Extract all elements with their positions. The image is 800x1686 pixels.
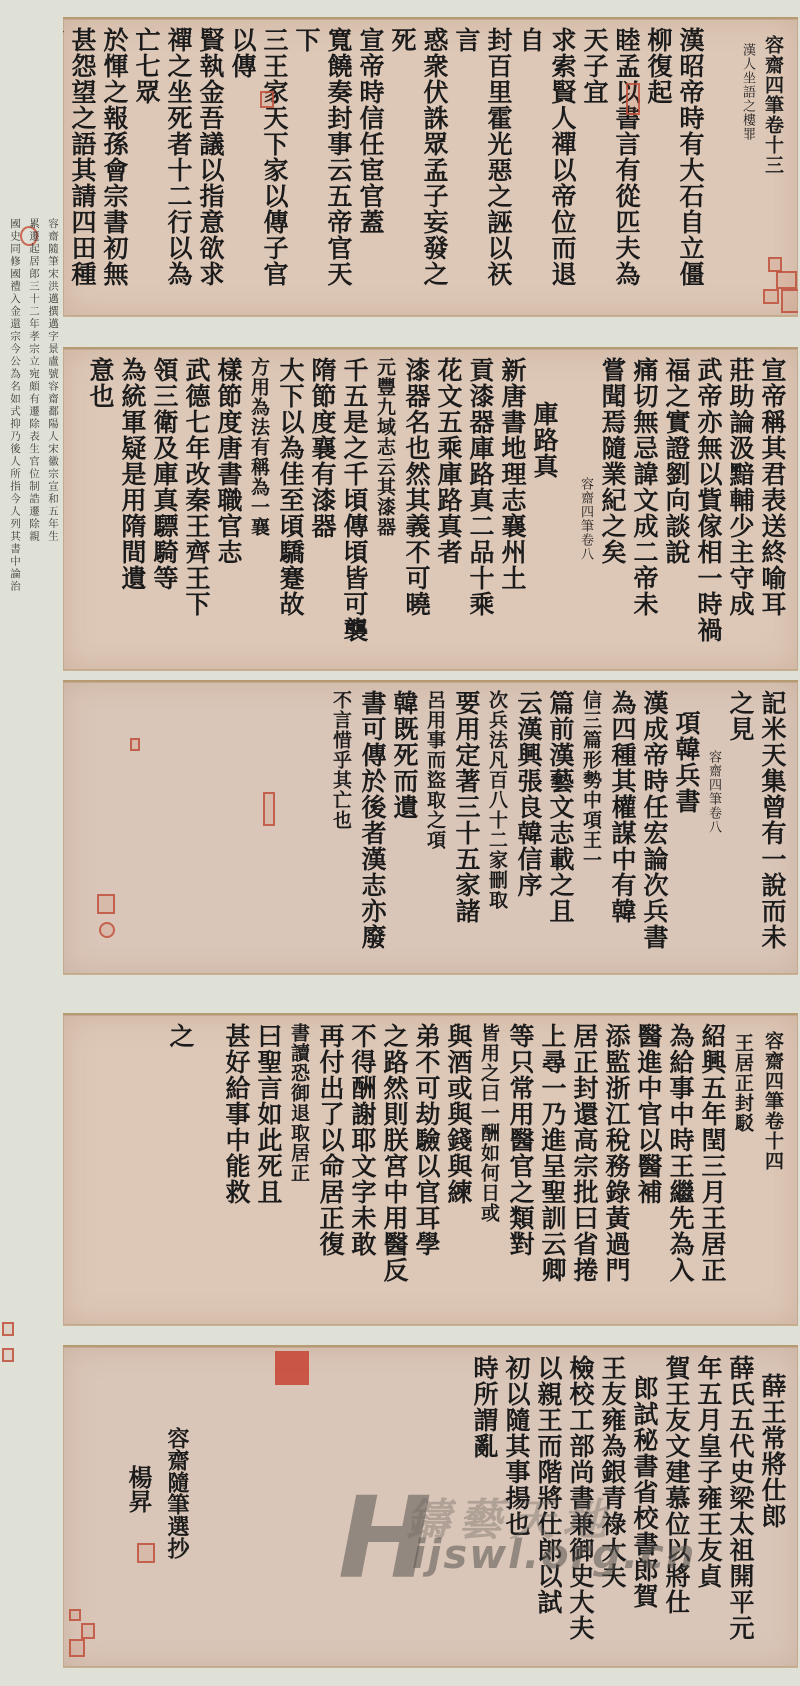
text-column: 漢昭帝時有大石自立僵柳復起 (642, 27, 706, 310)
seal-artist (137, 1543, 155, 1563)
signature-name: 楊昇 (123, 1465, 153, 1513)
text-column: 郎試秘書省校書郎賀 (628, 1375, 660, 1661)
text-column: 武帝亦無以貲傢相一時禍 (692, 357, 724, 664)
text-column: 添監浙江稅務錄黃過門 (600, 1023, 632, 1319)
text-column: 弟不可劫驗以官耳學 (410, 1023, 442, 1319)
chapter-heading: 容齋四筆卷十四 (758, 1031, 788, 1319)
text-column: 武德七年改秦王齊王下 (180, 357, 212, 664)
text-column: 次兵法凡百八十二家刪取 (482, 690, 512, 968)
text-column: 意也 (84, 357, 116, 664)
text-column: 隋節度襄有漆器 (306, 357, 338, 664)
text-column: 韓既死而遺 (388, 690, 420, 968)
text-column: 之見 (724, 690, 756, 968)
text-column: 書可傳於後者漢志亦廢 (356, 690, 388, 968)
text-column: 三王家天下家以傳子官以傳 (226, 27, 290, 310)
seal-collector (69, 1609, 81, 1621)
text-column: 禪之坐死者十二行以為亡七眾 (130, 27, 194, 310)
text-column: 睦孟以書言有從匹夫為天子宜 (578, 27, 642, 310)
text-column: 封百里霍光惡之誣以祆言 (450, 27, 514, 310)
text-column: 醫進中官以醫補 (632, 1023, 664, 1319)
text-column: 記米天集曾有一說而未 (756, 690, 788, 968)
text-column: 痛切無忌諱文成二帝未 (628, 357, 660, 664)
text-column: 宣帝時信任宦官蓋 (354, 27, 386, 310)
text-column: 甚好給事中能救 (220, 1023, 252, 1319)
text-column: 於惲之報孫會宗書初無 (98, 27, 130, 310)
seal-small (130, 738, 140, 751)
text-column: 檢校工部尚書兼御史大夫 (564, 1355, 596, 1661)
scroll-section-3: 記米天集曾有一說而未 之見 容齋四筆卷八 項韓兵書 漢成帝時任宏論次兵書 為四種… (63, 680, 798, 975)
section-title: 庫路真 (528, 401, 560, 664)
text-column: 呂用事而盜取之項 (420, 690, 450, 968)
seal-colophon-2 (2, 1348, 14, 1362)
text-column: 以親王而階將仕郎以試 (532, 1355, 564, 1661)
text-column: 賢執金吾議以指意欲求 (194, 27, 226, 310)
text-column: 皆用之曰一酬如何日或 (474, 1023, 504, 1319)
text-column: 為統軍疑是用隋間遺 (116, 357, 148, 664)
text-columns: 容齋四筆卷十四 王居正封駁 紹興五年閏三月王居正 為給事中時王繼先為入 醫進中官… (73, 1023, 788, 1319)
colophon-inscription: 容齋隨筆宋洪邁撰邁字景盧號容齋鄱陽人宋徽宗宣和五年生 累遷起居郎三十二年孝宗立宛… (4, 218, 62, 1478)
text-columns: 薛王常將仕郎 薛氏五代史梁太祖開平元 年五月皇子雍王友貞 賀王友文建慕位以將仕 … (353, 1355, 788, 1661)
text-columns: 記米天集曾有一說而未 之見 容齋四筆卷八 項韓兵書 漢成帝時任宏論次兵書 為四種… (323, 690, 788, 968)
scroll-section-1: 容齋四筆卷十三 漢人坐語之樓罪 漢昭帝時有大石自立僵柳復起 睦孟以書言有從匹夫為… (63, 17, 798, 317)
signature-title: 容齋隨筆選抄 (163, 1427, 191, 1559)
text-column: 時所謂亂 (468, 1355, 500, 1661)
text-column: 貢漆器庫路真二品十乘 (464, 357, 496, 664)
scroll-section-4: 容齋四筆卷十四 王居正封駁 紹興五年閏三月王居正 為給事中時王繼先為入 醫進中官… (63, 1013, 798, 1326)
text-column: 莊助論汲黯輔少主守成 (724, 357, 756, 664)
text-column: 漢成帝時任宏論次兵書 (638, 690, 670, 968)
seal-colophon-1 (2, 1322, 14, 1336)
text-column: 花文五乘庫路真者 (432, 357, 464, 664)
section-title: 王居正封駁 (728, 1033, 758, 1319)
scroll-section-5: 薛王常將仕郎 薛氏五代史梁太祖開平元 年五月皇子雍王友貞 賀王友文建慕位以將仕 … (63, 1345, 798, 1668)
text-column: 福之實證劉向談說 (660, 357, 692, 664)
text-column: 新唐書地理志襄州土 (496, 357, 528, 664)
text-column: 為四種其權謀中有韓 (606, 690, 638, 968)
seal-small (260, 91, 274, 108)
text-column: 漆器名也然其義不可曉 (400, 357, 432, 664)
chapter-subheading: 漢人坐語之樓罪 (736, 43, 758, 310)
text-column: 求索賢人禪以帝位而退自 (514, 27, 578, 310)
scroll-section-2: 宣帝稱其君表送終喻耳 莊助論汲黯輔少主守成 武帝亦無以貲傢相一時禍 福之實證劉向… (63, 347, 798, 671)
colophon-column: 累遷起居郎三十二年孝宗立宛頗有遷除表生官位制誥遷除親 (24, 218, 43, 1478)
text-column: 書讀恐御退取居正 (284, 1023, 314, 1319)
text-column: 甚怨望之語其請四田種南 (63, 27, 98, 310)
seal-small (768, 257, 782, 272)
section-title: 項韓兵書 (670, 710, 702, 968)
seal-vertical (626, 83, 640, 115)
text-column: 為給事中時王繼先為入 (664, 1023, 696, 1319)
text-column: 薛氏五代史梁太祖開平元 (724, 1355, 756, 1661)
text-column: 再付出了以命居正復 (314, 1023, 346, 1319)
text-column: 不得酬謝耶文字未敢 (346, 1023, 378, 1319)
section-title: 薛王常將仕郎 (756, 1373, 788, 1661)
text-column: 云漢興張良韓信序 (512, 690, 544, 968)
text-column: 方用為法有稱為一襄 (244, 357, 274, 664)
text-column: 居正封還高宗批曰省捲 (568, 1023, 600, 1319)
text-column: 千五是之千頃傳頃皆可襲 (338, 357, 370, 664)
seal-collector (776, 271, 797, 289)
text-column: 嘗聞焉隨業紀之矣 (596, 357, 628, 664)
text-column: 紹興五年閏三月王居正 (696, 1023, 728, 1319)
text-column: 元豐九域志云其漆器 (370, 357, 400, 664)
colophon-column: 容齋隨筆宋洪邁撰邁字景盧號容齋鄱陽人宋徽宗宣和五年生 (43, 218, 62, 1478)
text-column: 年五月皇子雍王友貞 (692, 1355, 724, 1661)
text-column: 之路然則朕宮中用醫反 (378, 1023, 410, 1319)
seal-collector (97, 894, 115, 914)
chapter-heading: 容齋四筆卷八 (702, 750, 724, 968)
text-column: 不言惜乎其亡也 (326, 690, 356, 968)
chapter-heading: 容齋四筆卷八 (574, 477, 596, 664)
text-column: 上尋一乃進呈聖訓云卿 (536, 1023, 568, 1319)
text-columns: 容齋四筆卷十三 漢人坐語之樓罪 漢昭帝時有大石自立僵柳復起 睦孟以書言有從匹夫為… (73, 27, 788, 310)
text-column: 等只常用醫官之類對 (504, 1023, 536, 1319)
text-column: 篇前漢藝文志載之且 (544, 690, 576, 968)
text-column: 賀王友文建慕位以將仕 (660, 1355, 692, 1661)
seal-collector (763, 289, 779, 304)
colophon-column: 國史同修國禮入金還宗今公為名如式抑乃後人所指今人列其書中論治 (5, 218, 24, 1478)
text-column: 要用定著三十五家諸 (450, 690, 482, 968)
text-column: 與酒或與錢與練 (442, 1023, 474, 1319)
seal-round (99, 922, 115, 938)
text-column: 領三衛及庫真驃騎等 (148, 357, 180, 664)
text-column: 惑衆伏誅眾孟子妄發之死 (386, 27, 450, 310)
seal-collector (81, 1623, 95, 1639)
seal-collector (781, 289, 798, 313)
text-column: 大下以為佳至頃驕蹇故 (274, 357, 306, 664)
seal-vertical (263, 792, 275, 826)
text-column: 初以隨其事揚也 (500, 1355, 532, 1661)
text-column: 樣節度唐書職官志 (212, 357, 244, 664)
text-column: 寬饒奏封事云五帝官天下 (290, 27, 354, 310)
text-column: 曰聖言如此死且 (252, 1023, 284, 1319)
seal-collector (69, 1639, 85, 1657)
text-column: 宣帝稱其君表送終喻耳 (756, 357, 788, 664)
text-columns: 宣帝稱其君表送終喻耳 莊助論汲黯輔少主守成 武帝亦無以貲傢相一時禍 福之實證劉向… (73, 357, 788, 664)
text-column: 信三篇形勢中項王一 (576, 690, 606, 968)
text-column: 王友雍為銀青祿大夫 (596, 1355, 628, 1661)
seal-large (275, 1351, 309, 1385)
text-column: 之 (164, 1023, 196, 1319)
